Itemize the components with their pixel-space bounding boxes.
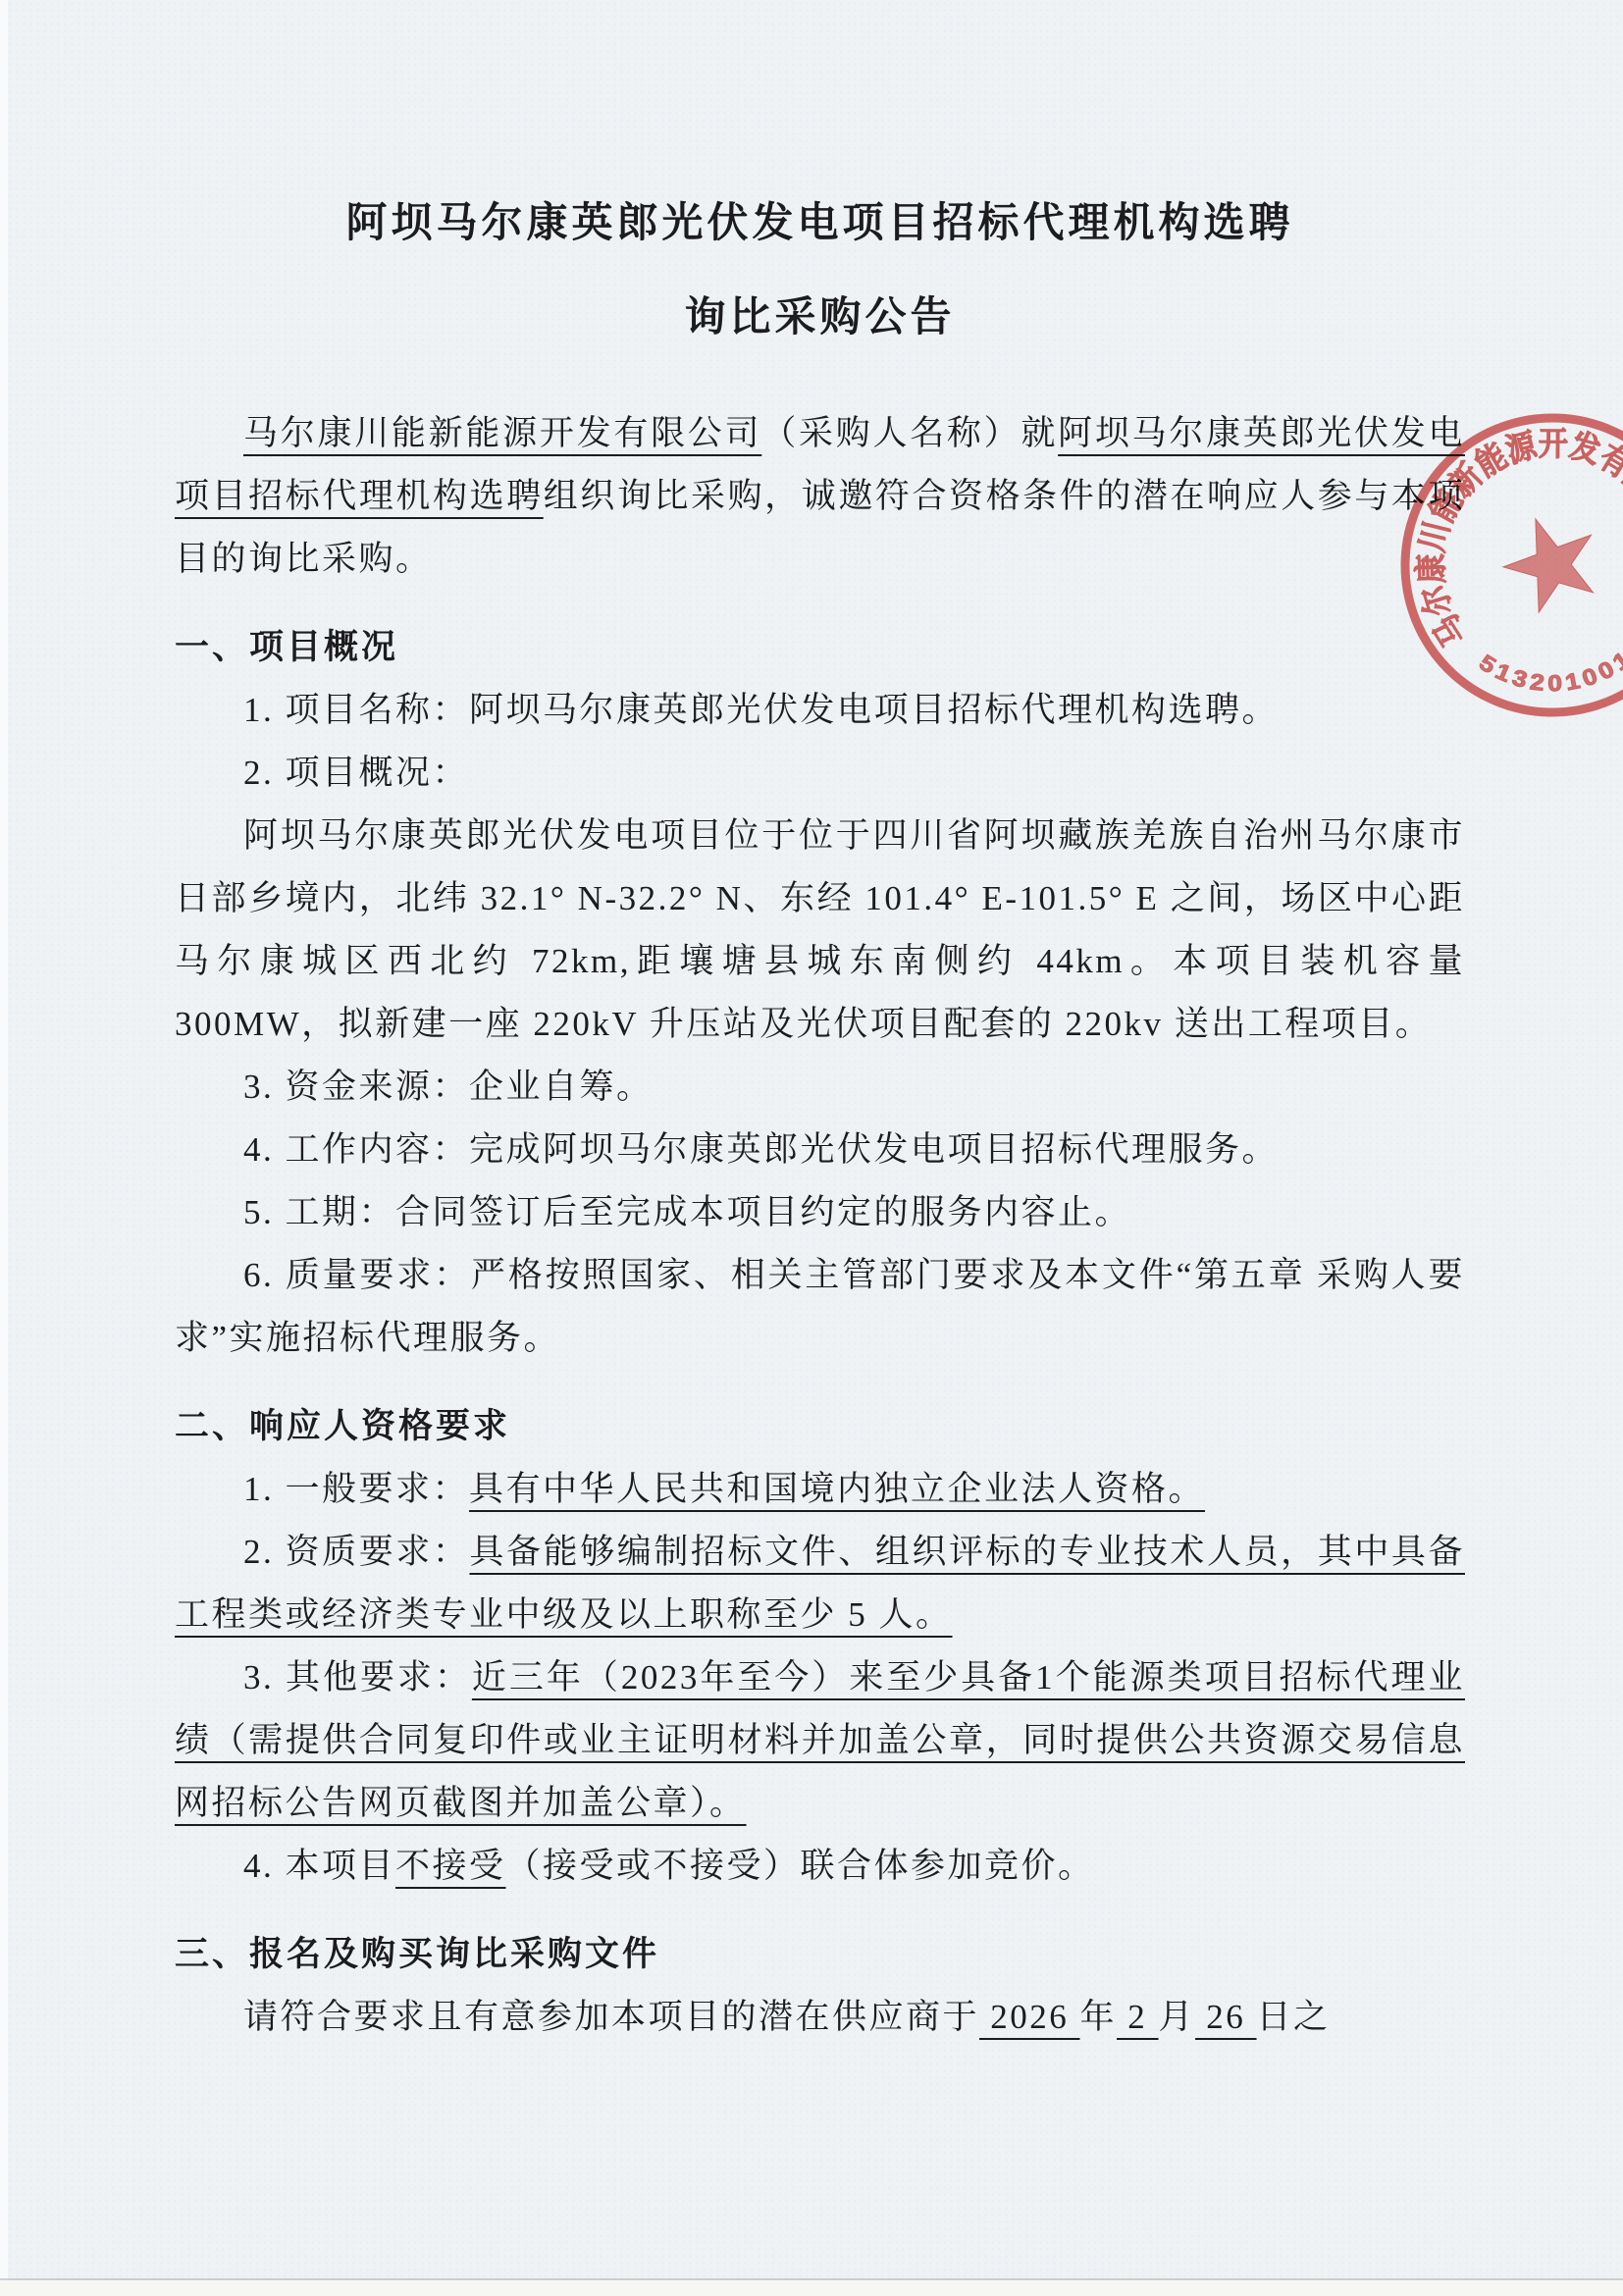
seal-company-text: 马尔康川能新能源开发有限公司 bbox=[1386, 398, 1623, 654]
text-15-6: 日之 bbox=[1257, 1998, 1331, 2036]
section-heading-1: 一、项目概况 bbox=[175, 616, 1465, 679]
scan-left-edge bbox=[0, 0, 8, 2296]
text-3-0: 2. 项目概况： bbox=[243, 754, 469, 792]
section-heading-14: 三、报名及购买询比采购文件 bbox=[175, 1923, 1465, 1986]
underlined-text-10-1: 具有中华人民共和国境内独立企业法人资格。 bbox=[469, 1470, 1205, 1508]
text-7-0: 5. 工期：合同签订后至完成本项目约定的服务内容止。 bbox=[243, 1193, 1131, 1231]
paragraph-11: 2. 资质要求：具备能够编制招标文件、组织评标的专业技术人员，其中具备工程类或经… bbox=[175, 1521, 1465, 1646]
scan-bottom-edge bbox=[0, 2280, 1623, 2296]
text-4-0: 阿坝马尔康英郎光伏发电项目位于位于四川省阿坝藏族羌族自治州马尔康市日部乡境内，北… bbox=[175, 816, 1465, 1043]
text-13-2: （接受或不接受）联合体参加竞价。 bbox=[506, 1847, 1095, 1885]
document-title-line1: 阿坝马尔康英郎光伏发电项目招标代理机构选聘 bbox=[175, 192, 1465, 253]
underlined-text-15-1: 2026 bbox=[979, 1998, 1080, 2036]
document-title-line2: 询比采购公告 bbox=[175, 287, 1465, 347]
company-seal-stamp: 马尔康川能新能源开发有限公司 5132010019651 bbox=[1386, 398, 1623, 732]
text-10-0: 1. 一般要求： bbox=[243, 1470, 469, 1508]
paragraph-6: 4. 工作内容：完成阿坝马尔康英郎光伏发电项目招标代理服务。 bbox=[175, 1119, 1465, 1181]
underlined-text-13-1: 不接受 bbox=[395, 1847, 506, 1885]
section-heading-9: 二、响应人资格要求 bbox=[175, 1395, 1465, 1458]
text-2-0: 1. 项目名称：阿坝马尔康英郎光伏发电项目招标代理机构选聘。 bbox=[243, 691, 1279, 729]
text-11-0: 2. 资质要求： bbox=[243, 1533, 469, 1571]
paragraph-4: 阿坝马尔康英郎光伏发电项目位于位于四川省阿坝藏族羌族自治州马尔康市日部乡境内，北… bbox=[175, 805, 1465, 1056]
paragraph-7: 5. 工期：合同签订后至完成本项目约定的服务内容止。 bbox=[175, 1181, 1465, 1244]
paragraph-0: 马尔康川能新能源开发有限公司（采购人名称）就阿坝马尔康英郎光伏发电项目招标代理机… bbox=[175, 402, 1465, 591]
text-5-0: 3. 资金来源：企业自筹。 bbox=[243, 1068, 654, 1106]
underlined-text-15-5: 26 bbox=[1195, 1998, 1257, 2036]
text-0-1: （采购人名称）就 bbox=[761, 414, 1058, 452]
seal-star-icon bbox=[1492, 503, 1609, 619]
paragraph-10: 1. 一般要求：具有中华人民共和国境内独立企业法人资格。 bbox=[175, 1458, 1465, 1521]
paragraph-12: 3. 其他要求：近三年（2023年至今）来至少具备1个能源类项目招标代理业绩（需… bbox=[175, 1646, 1465, 1835]
text-8-0: 6. 质量要求：严格按照国家、相关主管部门要求及本文件“第五章 采购人要求”实施… bbox=[175, 1256, 1465, 1357]
document-body: 马尔康川能新能源开发有限公司（采购人名称）就阿坝马尔康英郎光伏发电项目招标代理机… bbox=[175, 402, 1465, 2049]
underlined-text-15-3: 2 bbox=[1117, 1998, 1159, 2036]
paragraph-5: 3. 资金来源：企业自筹。 bbox=[175, 1056, 1465, 1119]
text-13-0: 4. 本项目 bbox=[243, 1847, 395, 1885]
svg-text:马尔康川能新能源开发有限公司: 马尔康川能新能源开发有限公司 bbox=[1386, 398, 1623, 654]
underlined-text-0-0: 马尔康川能新能源开发有限公司 bbox=[243, 414, 761, 452]
paragraph-8: 6. 质量要求：严格按照国家、相关主管部门要求及本文件“第五章 采购人要求”实施… bbox=[175, 1244, 1465, 1370]
document-content: 阿坝马尔康英郎光伏发电项目招标代理机构选聘 询比采购公告 马尔康川能新能源开发有… bbox=[175, 0, 1465, 2049]
text-15-4: 月 bbox=[1159, 1998, 1196, 2036]
text-12-0: 3. 其他要求： bbox=[243, 1658, 472, 1696]
paragraph-2: 1. 项目名称：阿坝马尔康英郎光伏发电项目招标代理机构选聘。 bbox=[175, 679, 1465, 742]
paragraph-13: 4. 本项目不接受（接受或不接受）联合体参加竞价。 bbox=[175, 1835, 1465, 1898]
text-15-2: 年 bbox=[1080, 1998, 1118, 2036]
paragraph-3: 2. 项目概况： bbox=[175, 742, 1465, 805]
paragraph-15: 请符合要求且有意参加本项目的潜在供应商于 2026 年 2 月 26 日之 bbox=[175, 1986, 1465, 2049]
scanned-document-page: 阿坝马尔康英郎光伏发电项目招标代理机构选聘 询比采购公告 马尔康川能新能源开发有… bbox=[0, 0, 1623, 2296]
text-6-0: 4. 工作内容：完成阿坝马尔康英郎光伏发电项目招标代理服务。 bbox=[243, 1130, 1279, 1169]
text-15-0: 请符合要求且有意参加本项目的潜在供应商于 bbox=[243, 1998, 979, 2036]
